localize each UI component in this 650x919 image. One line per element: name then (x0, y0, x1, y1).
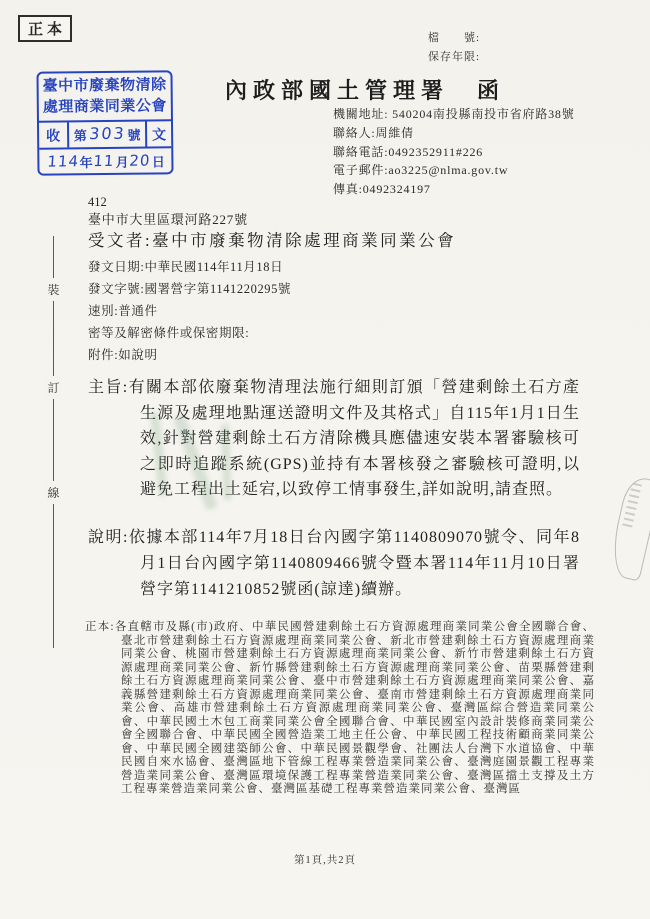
file-number-block: 檔 號: 保存年限: (428, 29, 480, 67)
binding-char-xian: 線 (46, 481, 61, 504)
issue-number: 發文字號:國署營字第1141220295號 (88, 278, 291, 300)
receipt-stamp-org-line2: 處理商業同業公會 (41, 96, 169, 118)
receipt-stamp-doc-number: 第303號 (69, 122, 145, 148)
receipt-stamp-number-row: 收 第303號 文 (39, 119, 171, 147)
recipient-line: 受文者:臺中市廢棄物清除處理商業同業公會 (88, 227, 456, 251)
edge-stamp (606, 474, 650, 581)
attachment-note: 附件:如說明 (88, 344, 291, 366)
retention-period-label: 保存年限: (428, 48, 480, 67)
contact-email: 電子郵件:ao3225@nlma.gov.tw (333, 161, 575, 180)
speed-class: 速別:普通件 (88, 300, 291, 322)
receipt-stamp-date-row: 114年11月20日 (39, 146, 171, 173)
file-number-label: 檔 號: (428, 29, 480, 48)
binding-char-zhuang: 裝 (46, 278, 61, 301)
stamp-date-month: 11 (93, 152, 115, 170)
receipt-stamp: 臺中市廢棄物清除 處理商業同業公會 收 第303號 文 114年11月20日 (36, 70, 173, 175)
copy-type-label: 正本 (28, 18, 66, 39)
edge-stamp-shape (606, 474, 650, 581)
subject-paragraph: 主旨:有關本部依廢棄物清理法施行細則訂頒「營建剩餘土石方產生源及處理地點運送證明… (88, 375, 580, 503)
agency-address: 機關地址: 540204南投縣南投市省府路38號 (333, 105, 575, 124)
contact-fax: 傳真:0492324197 (333, 180, 575, 199)
stamp-day-label: 日 (152, 151, 165, 170)
explanation-paragraph: 說明:依據本部114年7月18日台內國字第1140809070號令、同年8月1日… (88, 525, 580, 603)
receipt-stamp-org-line1: 臺中市廢棄物清除 (41, 75, 169, 97)
agency-title: 內政部國土管理署 函 (225, 74, 505, 105)
copy-type-box: 正本 (18, 15, 72, 42)
stamp-year-label: 年 (80, 152, 93, 171)
receipt-stamp-doc-label: 文 (145, 121, 171, 146)
contact-phone: 聯絡電話:0492352911#226 (333, 143, 575, 162)
document-page: 正本 檔 號: 保存年限: 臺中市廢棄物清除 處理商業同業公會 收 第303號 … (0, 0, 650, 919)
page-number: 第1頁,共2頁 (0, 852, 650, 867)
binding-char-ding: 訂 (46, 376, 61, 399)
recipient-address: 臺中市大里區環河路227號 (88, 209, 248, 228)
recipients-list: 正本:各直轄市及縣(市)政府、中華民國營建剩餘土石方資源處理商業同業公會全國聯合… (85, 621, 595, 797)
receipt-stamp-receive-label: 收 (39, 122, 69, 147)
doc-number-handwritten: 303 (88, 124, 126, 143)
receipt-stamp-org: 臺中市廢棄物清除 處理商業同業公會 (38, 72, 170, 120)
sender-contact-block: 機關地址: 540204南投縣南投市省府路38號 聯絡人:周維倩 聯絡電話:04… (333, 105, 575, 199)
stamp-month-label: 月 (116, 151, 129, 170)
doc-number-prefix: 第 (74, 125, 87, 144)
recipient-zip: 412 (88, 195, 107, 210)
document-meta-block: 發文日期:中華民國114年11月18日 發文字號:國署營字第1141220295… (88, 256, 291, 366)
issue-date: 發文日期:中華民國114年11月18日 (88, 256, 291, 278)
stamp-date-year: 114 (46, 152, 79, 170)
doc-number-suffix: 號 (127, 125, 140, 144)
stamp-date-day: 20 (129, 152, 151, 170)
contact-person: 聯絡人:周維倩 (333, 124, 575, 143)
security-class: 密等及解密條件或保密期限: (88, 322, 291, 344)
